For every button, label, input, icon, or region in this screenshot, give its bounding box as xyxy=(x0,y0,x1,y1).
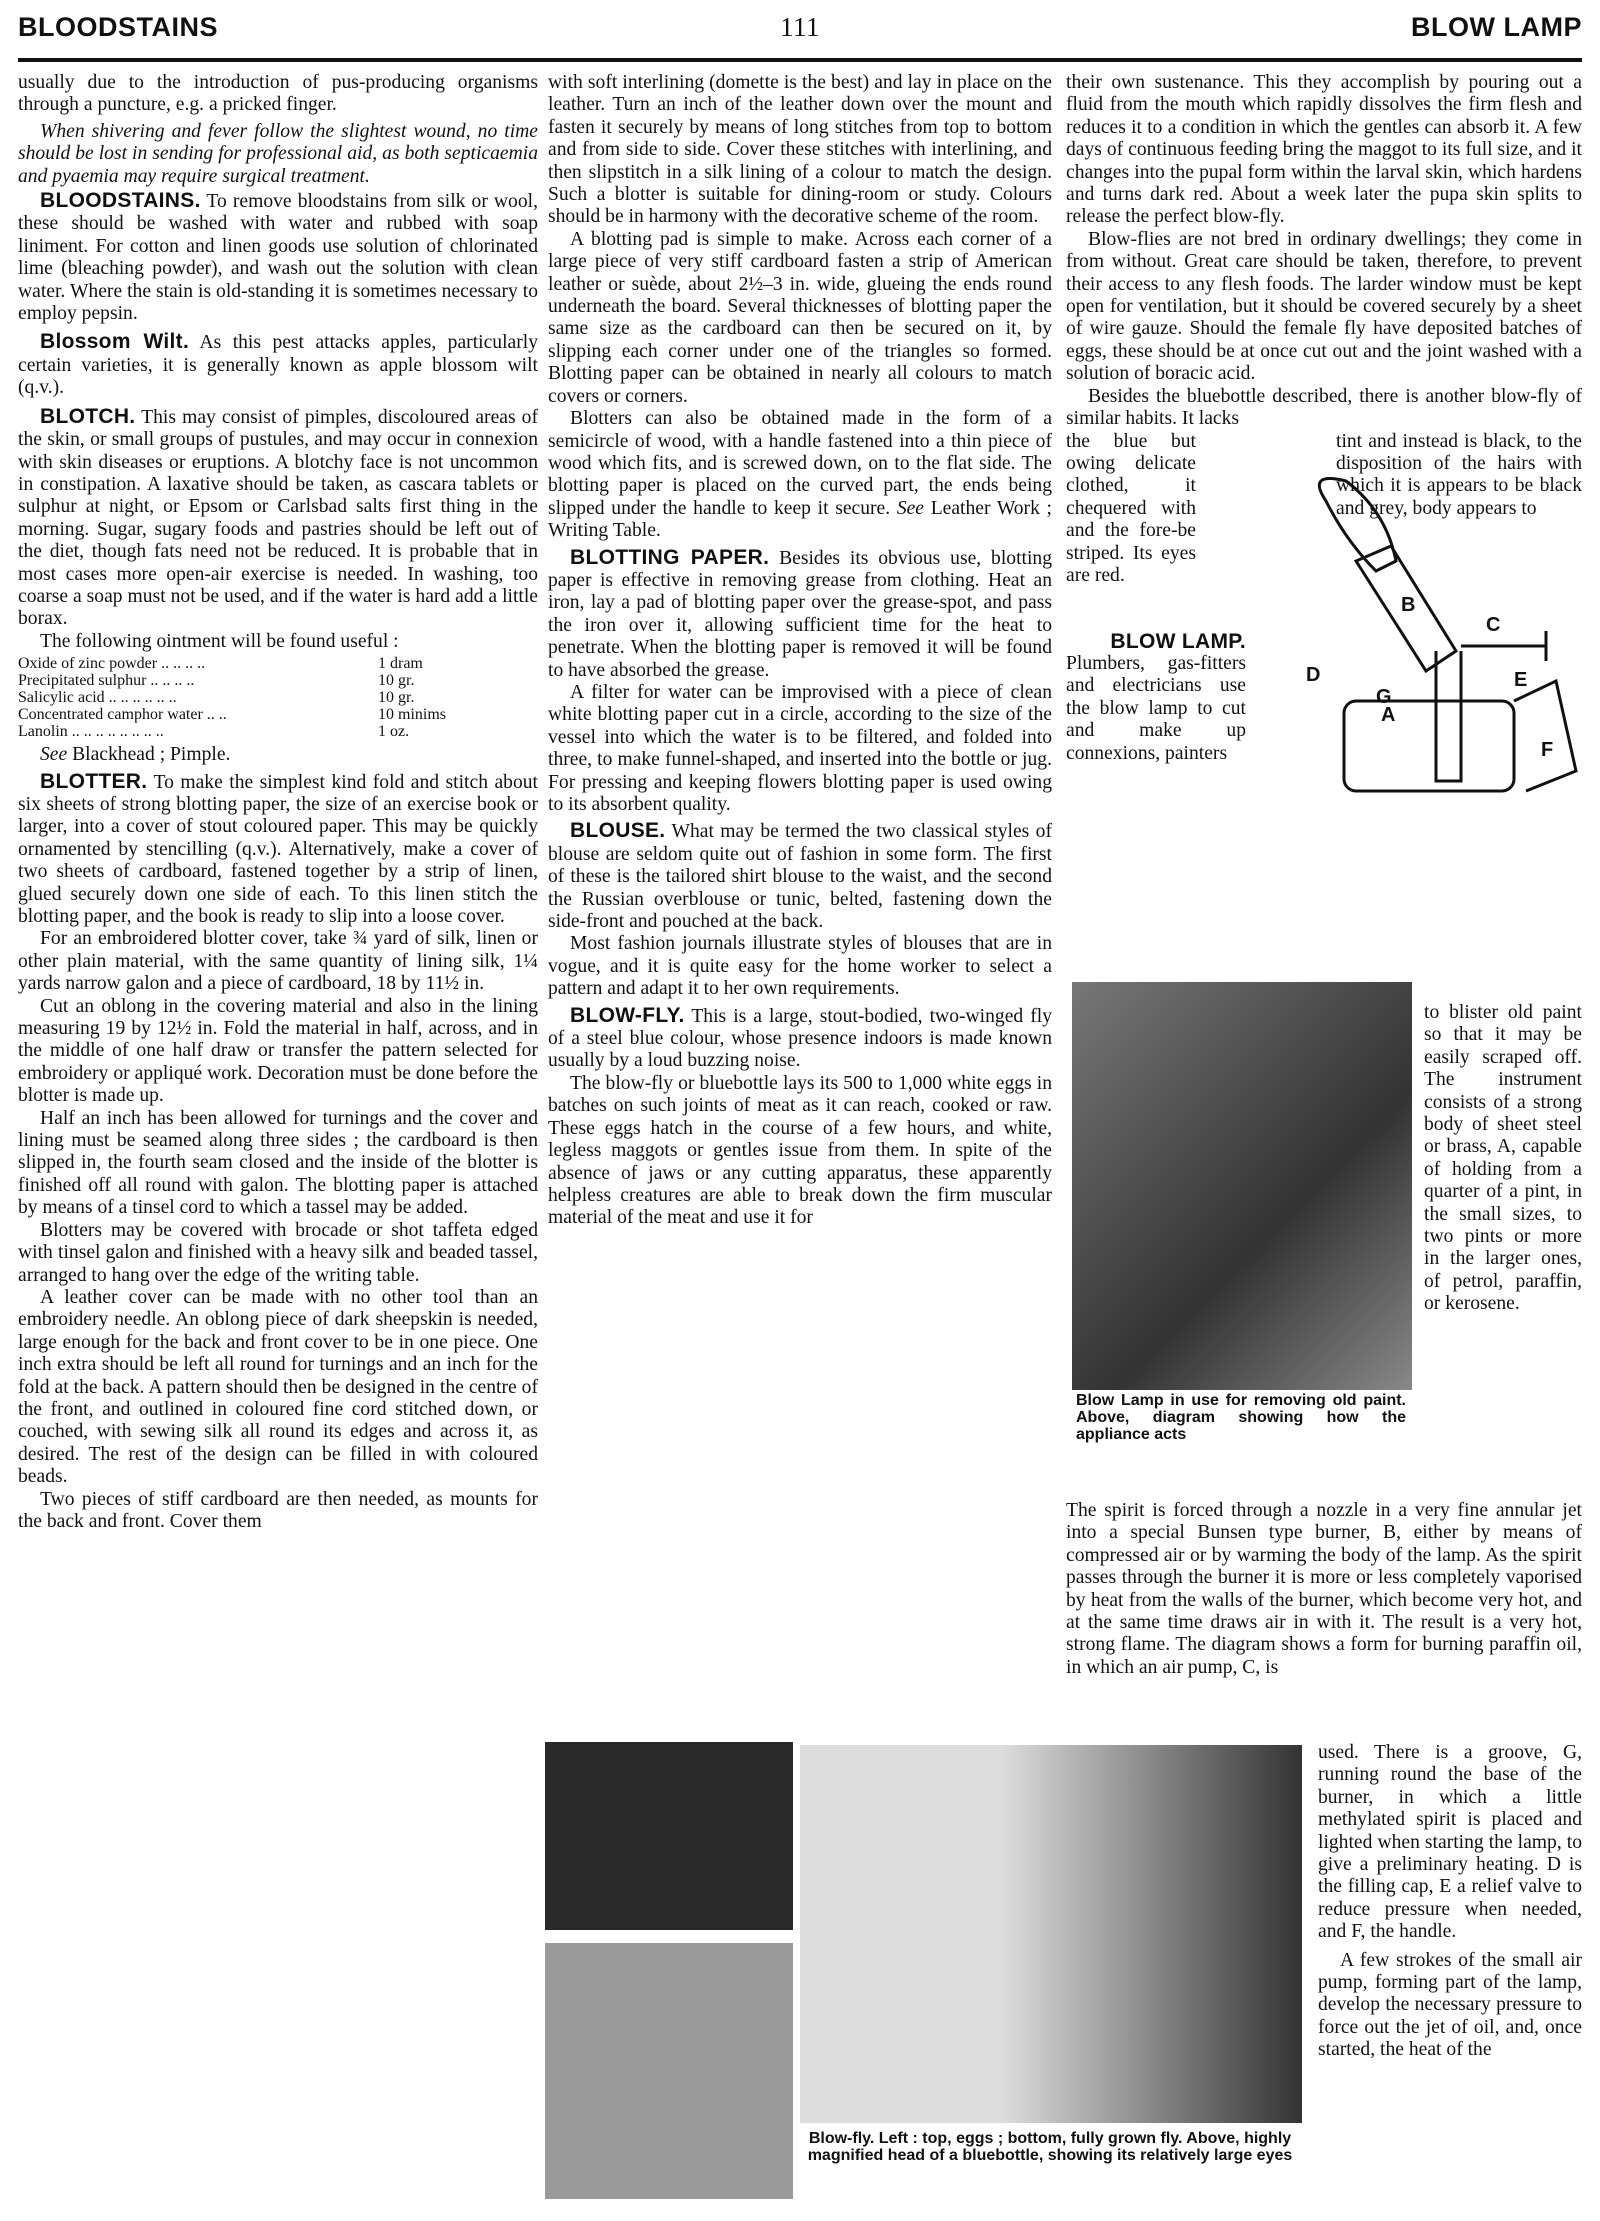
paragraph: The blow-fly or bluebottle lays its 500 … xyxy=(548,1073,1052,1230)
paragraph: Two pieces of stiff cardboard are then n… xyxy=(18,1489,538,1534)
ointment-intro: The following ointment will be found use… xyxy=(18,631,538,653)
table-row: Salicylic acid .. .. .. .. .. ..10 gr. xyxy=(18,689,488,706)
column-3: their own sustenance. This they accompli… xyxy=(1066,72,1582,971)
see-refs: Blackhead ; Pimple. xyxy=(67,744,230,765)
column-1: usually due to the introduction of pus-p… xyxy=(18,72,538,1533)
column-3-bottom: used. There is a groove, G, running roun… xyxy=(1318,1742,1582,2062)
entry-blotter: BLOTTER. To make the simplest kind fold … xyxy=(18,771,538,929)
paragraph: The spirit is forced through a nozzle in… xyxy=(1066,1500,1582,1679)
entry-text: To make the simplest kind fold and stitc… xyxy=(18,772,538,927)
paragraph: Half an inch has been allowed for turnin… xyxy=(18,1108,538,1220)
ingredient: Lanolin .. .. .. .. .. .. .. .. xyxy=(18,723,378,740)
amount: 10 minims xyxy=(378,706,488,723)
paragraph: with soft interlining (domette is the be… xyxy=(548,72,1052,229)
fly-head-photo xyxy=(800,1745,1302,2123)
entry-heading: BLOW LAMP. xyxy=(1066,631,1246,653)
table-row: Precipitated sulphur .. .. .. ..10 gr. xyxy=(18,672,488,689)
paragraph: Cut an oblong in the covering material a… xyxy=(18,996,538,1108)
entry-blotting-paper: BLOTTING PAPER. Besides its obvious use,… xyxy=(548,547,1052,682)
paragraph: A blotting pad is simple to make. Across… xyxy=(548,229,1052,408)
ingredient: Oxide of zinc powder .. .. .. .. xyxy=(18,655,378,672)
see-label: See xyxy=(40,744,67,765)
entry-heading: BLOW-FLY. xyxy=(570,1004,685,1027)
amount: 10 gr. xyxy=(378,689,488,706)
entry-text: Plumbers, gas-fitters and electricians u… xyxy=(1066,653,1246,765)
paragraph: Blotters may be covered with brocade or … xyxy=(18,1220,538,1287)
paragraph: Blotters can also be obtained made in th… xyxy=(548,408,1052,542)
warning-paragraph: When shivering and fever follow the slig… xyxy=(18,121,538,188)
svg-text:F: F xyxy=(1541,739,1553,761)
svg-text:C: C xyxy=(1486,614,1500,636)
table-row: Lanolin .. .. .. .. .. .. .. ..1 oz. xyxy=(18,723,488,740)
entry-text: This may consist of pimples, discoloured… xyxy=(18,407,538,630)
entry-blossom-wilt: Blossom Wilt. As this pest attacks apple… xyxy=(18,331,538,399)
paragraph: For an embroidered blotter cover, take ¾… xyxy=(18,928,538,995)
paragraph: their own sustenance. This they accompli… xyxy=(1066,72,1582,229)
blow-fly-caption: Blow-fly. Left : top, eggs ; bottom, ful… xyxy=(800,2130,1300,2164)
fly-adult-photo xyxy=(545,1943,793,2199)
page-number: 111 xyxy=(780,12,820,43)
column-3-narrow: to blister old paint so that it may be e… xyxy=(1424,1002,1582,1316)
paragraph: usually due to the introduction of pus-p… xyxy=(18,72,538,117)
blow-lamp-photo xyxy=(1072,982,1412,1390)
paragraph: Besides the bluebottle described, there … xyxy=(1066,386,1582,431)
paragraph: used. There is a groove, G, running roun… xyxy=(1318,1742,1582,1944)
paragraph: A leather cover can be made with no othe… xyxy=(18,1287,538,1489)
svg-text:B: B xyxy=(1401,594,1415,616)
entry-blow-fly: BLOW-FLY. This is a large, stout-bodied,… xyxy=(548,1005,1052,1073)
header-left-keyword: BLOODSTAINS xyxy=(18,12,218,43)
see-also: See Blackhead ; Pimple. xyxy=(18,744,538,766)
entry-heading: BLOTTING PAPER. xyxy=(570,546,769,569)
wrap-text-left: the blue but owing delicate clothed, it … xyxy=(1066,431,1196,588)
svg-text:E: E xyxy=(1514,669,1527,691)
entry-heading: Blossom Wilt. xyxy=(40,330,189,353)
ingredient: Salicylic acid .. .. .. .. .. .. xyxy=(18,689,378,706)
entry-blouse: BLOUSE. What may be termed the two class… xyxy=(548,820,1052,933)
paragraph: A filter for water can be improvised wit… xyxy=(548,682,1052,816)
diagram-wrap-area: the blue but owing delicate clothed, it … xyxy=(1066,431,1582,971)
entry-heading: BLOODSTAINS. xyxy=(40,189,201,212)
column-2: with soft interlining (domette is the be… xyxy=(548,72,1052,1230)
amount: 10 gr. xyxy=(378,672,488,689)
running-header: BLOODSTAINS 111 BLOW LAMP xyxy=(18,12,1582,52)
entry-blow-lamp: BLOW LAMP. Plumbers, gas-fitters and ele… xyxy=(1066,631,1246,765)
amount: 1 oz. xyxy=(378,723,488,740)
ingredient: Precipitated sulphur .. .. .. .. xyxy=(18,672,378,689)
entry-bloodstains: BLOODSTAINS. To remove bloodstains from … xyxy=(18,190,538,325)
table-row: Concentrated camphor water .. ..10 minim… xyxy=(18,706,488,723)
entry-heading: BLOTCH. xyxy=(40,405,135,428)
svg-text:D: D xyxy=(1306,664,1320,686)
ointment-table: Oxide of zinc powder .. .. .. ..1 dram P… xyxy=(18,655,488,740)
paragraph: to blister old paint so that it may be e… xyxy=(1424,1002,1582,1316)
column-3-lower: The spirit is forced through a nozzle in… xyxy=(1066,1500,1582,1679)
header-rule xyxy=(18,58,1582,62)
header-right-keyword: BLOW LAMP xyxy=(1411,12,1582,43)
paragraph: Most fashion journals illustrate styles … xyxy=(548,933,1052,1000)
blow-lamp-diagram: B C D G E A F xyxy=(1286,471,1586,801)
blow-lamp-caption: Blow Lamp in use for removing old paint.… xyxy=(1076,1392,1406,1443)
entry-heading: BLOUSE. xyxy=(570,819,665,842)
ingredient: Concentrated camphor water .. .. xyxy=(18,706,378,723)
amount: 1 dram xyxy=(378,655,488,672)
entry-heading: BLOTTER. xyxy=(40,770,147,793)
see-label: See xyxy=(897,498,924,519)
paragraph: Blow-flies are not bred in ordinary dwel… xyxy=(1066,229,1582,386)
svg-text:A: A xyxy=(1381,704,1395,726)
paragraph: A few strokes of the small air pump, for… xyxy=(1318,1950,1582,2062)
entry-blotch: BLOTCH. This may consist of pimples, dis… xyxy=(18,406,538,631)
table-row: Oxide of zinc powder .. .. .. ..1 dram xyxy=(18,655,488,672)
fly-eggs-photo xyxy=(545,1742,793,1930)
